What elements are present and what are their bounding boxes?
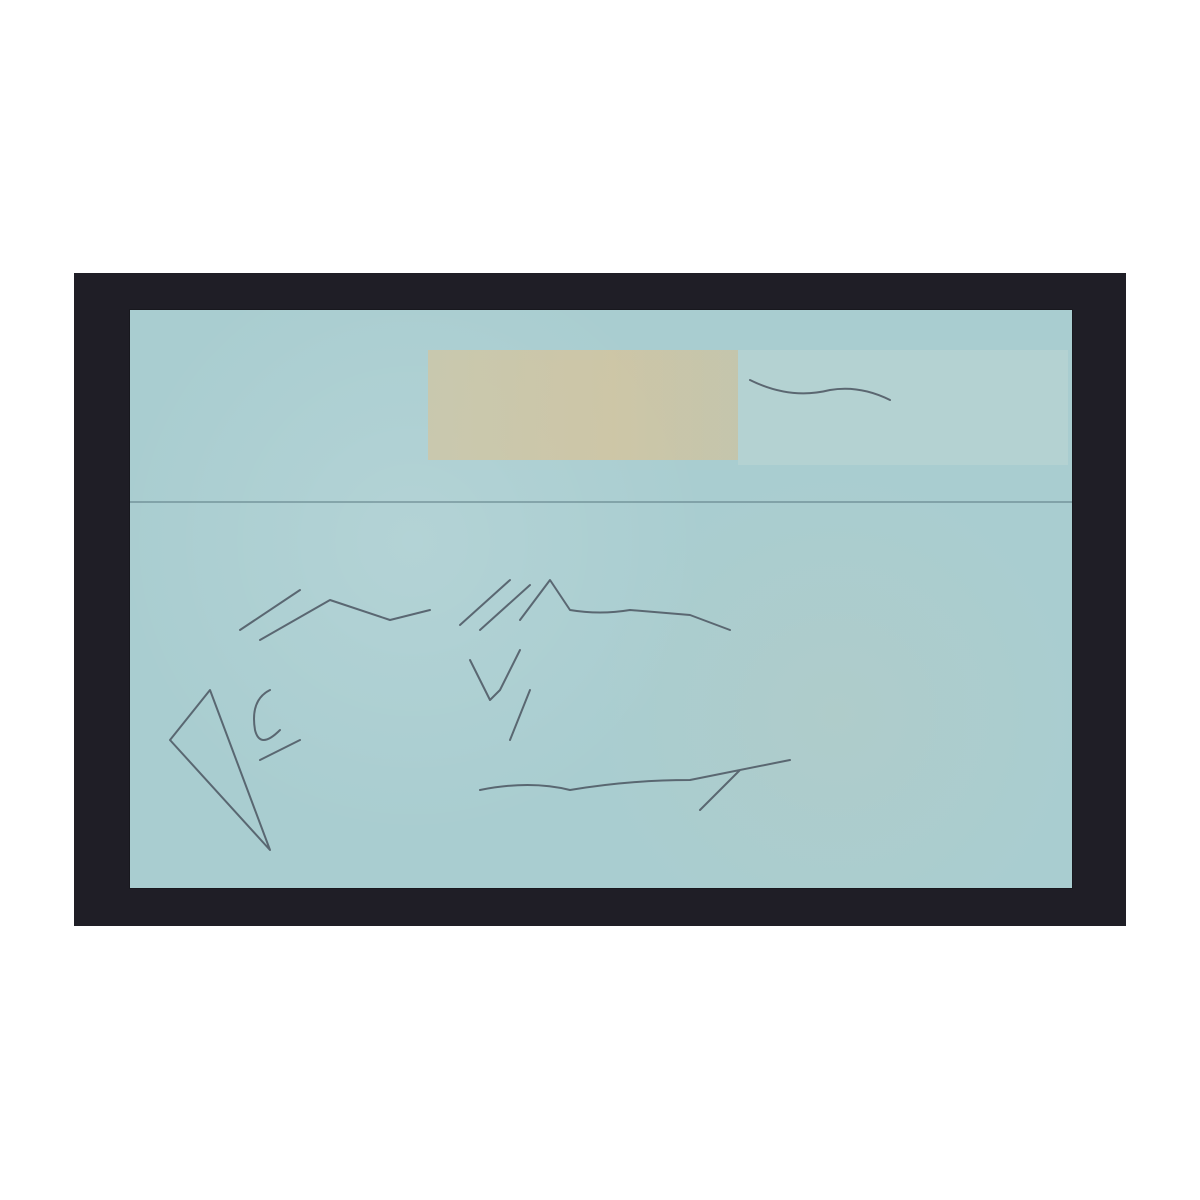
stamp-back [130,310,1072,888]
pencil-signatures [130,310,1072,888]
